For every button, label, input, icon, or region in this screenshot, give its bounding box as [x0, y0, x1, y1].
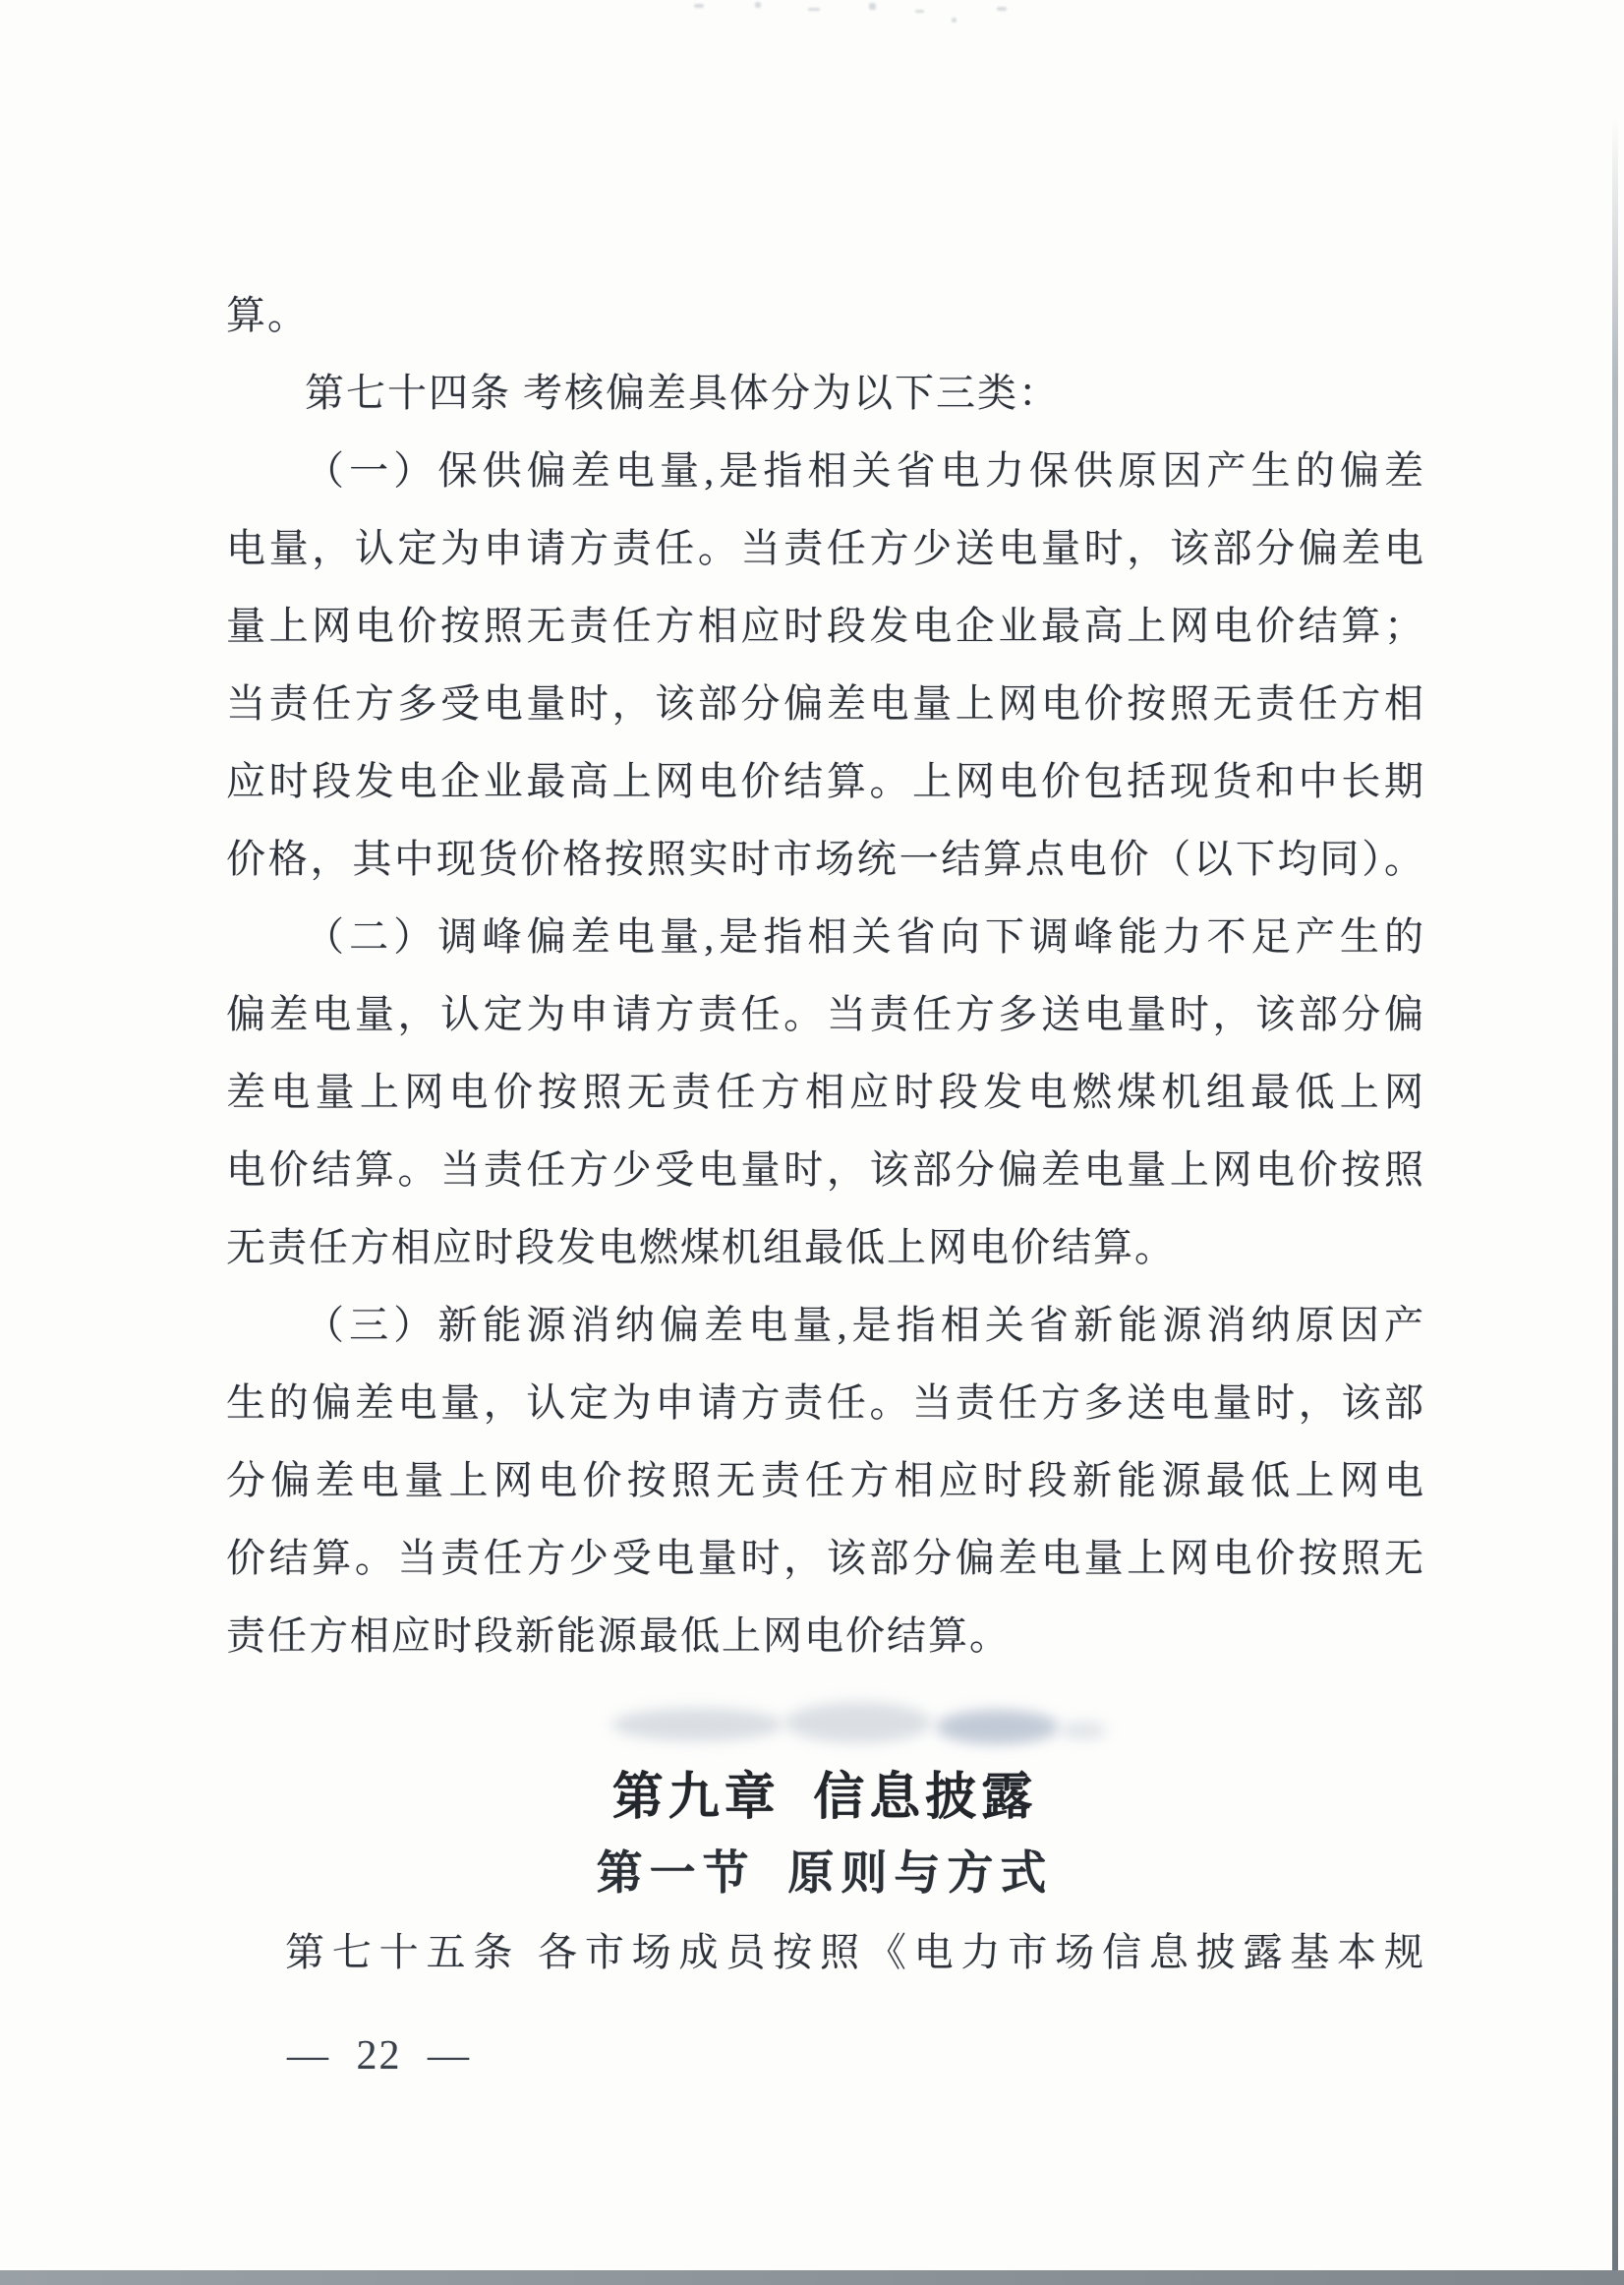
article-75-line: 第七十五条 各市场成员按照《电力市场信息披露基本规 — [226, 1913, 1423, 1991]
text-line: （三）新能源消纳偏差电量,是指相关省新能源消纳原因产 — [226, 1286, 1423, 1364]
text-line: 分偏差电量上网电价按照无责任方相应时段新能源最低上网电 — [226, 1441, 1423, 1519]
text-line: 电价结算。当责任方少受电量时，该部分偏差电量上网电价按照 — [226, 1131, 1423, 1208]
text-line: 生的偏差电量，认定为申请方责任。当责任方多送电量时，该部 — [226, 1364, 1423, 1441]
scan-smudge-blob — [784, 1702, 932, 1743]
text-line: 无责任方相应时段发电燃煤机组最低上网电价结算。 — [226, 1208, 1423, 1286]
text-line: 价格，其中现货价格按照实时市场统一结算点电价（以下均同）。 — [226, 820, 1423, 898]
text-line: 电量，认定为申请方责任。当责任方少送电量时，该部分偏差电 — [226, 509, 1423, 587]
scan-speck — [694, 4, 704, 8]
scan-speck — [755, 2, 761, 8]
section-heading: 第一节 原则与方式 — [226, 1843, 1423, 1905]
text-line: 第七十四条 考核偏差具体分为以下三类： — [226, 354, 1423, 432]
scan-smudge-blob — [611, 1708, 783, 1741]
scan-speck — [952, 18, 957, 23]
scan-bottom-edge-bar — [0, 2270, 1624, 2285]
text-line: 算。 — [226, 276, 1423, 354]
scan-speck — [915, 10, 924, 13]
page-number: — 22 — — [287, 2033, 471, 2079]
text-line: 量上网电价按照无责任方相应时段发电企业最高上网电价结算； — [226, 587, 1423, 665]
document-body: 算。第七十四条 考核偏差具体分为以下三类：（一）保供偏差电量,是指相关省电力保供… — [226, 276, 1423, 1674]
scan-smudge-blob — [1060, 1722, 1107, 1739]
scan-speckles — [0, 0, 1624, 39]
chapter-heading: 第九章 信息披露 — [226, 1763, 1423, 1832]
text-line: （一）保供偏差电量,是指相关省电力保供原因产生的偏差 — [226, 432, 1423, 509]
text-line: 当责任方多受电量时，该部分偏差电量上网电价按照无责任方相 — [226, 665, 1423, 742]
text-line: （二）调峰偏差电量,是指相关省向下调峰能力不足产生的 — [226, 898, 1423, 975]
text-line: 责任方相应时段新能源最低上网电价结算。 — [226, 1597, 1423, 1674]
scan-smudge-blob — [936, 1710, 1059, 1744]
scan-speck — [869, 3, 876, 10]
scan-speck — [808, 8, 820, 11]
text-line: 差电量上网电价按照无责任方相应时段发电燃煤机组最低上网 — [226, 1053, 1423, 1131]
scan-speck — [997, 7, 1007, 11]
text-line: 偏差电量，认定为申请方责任。当责任方多送电量时，该部分偏 — [226, 975, 1423, 1053]
text-line: 价结算。当责任方少受电量时，该部分偏差电量上网电价按照无 — [226, 1519, 1423, 1597]
scan-right-edge-line — [1612, 118, 1618, 2285]
text-line: 应时段发电企业最高上网电价结算。上网电价包括现货和中长期 — [226, 742, 1423, 820]
scanned-document-page: { "page": { "page_number": "— 22 —", "ba… — [0, 0, 1624, 2285]
